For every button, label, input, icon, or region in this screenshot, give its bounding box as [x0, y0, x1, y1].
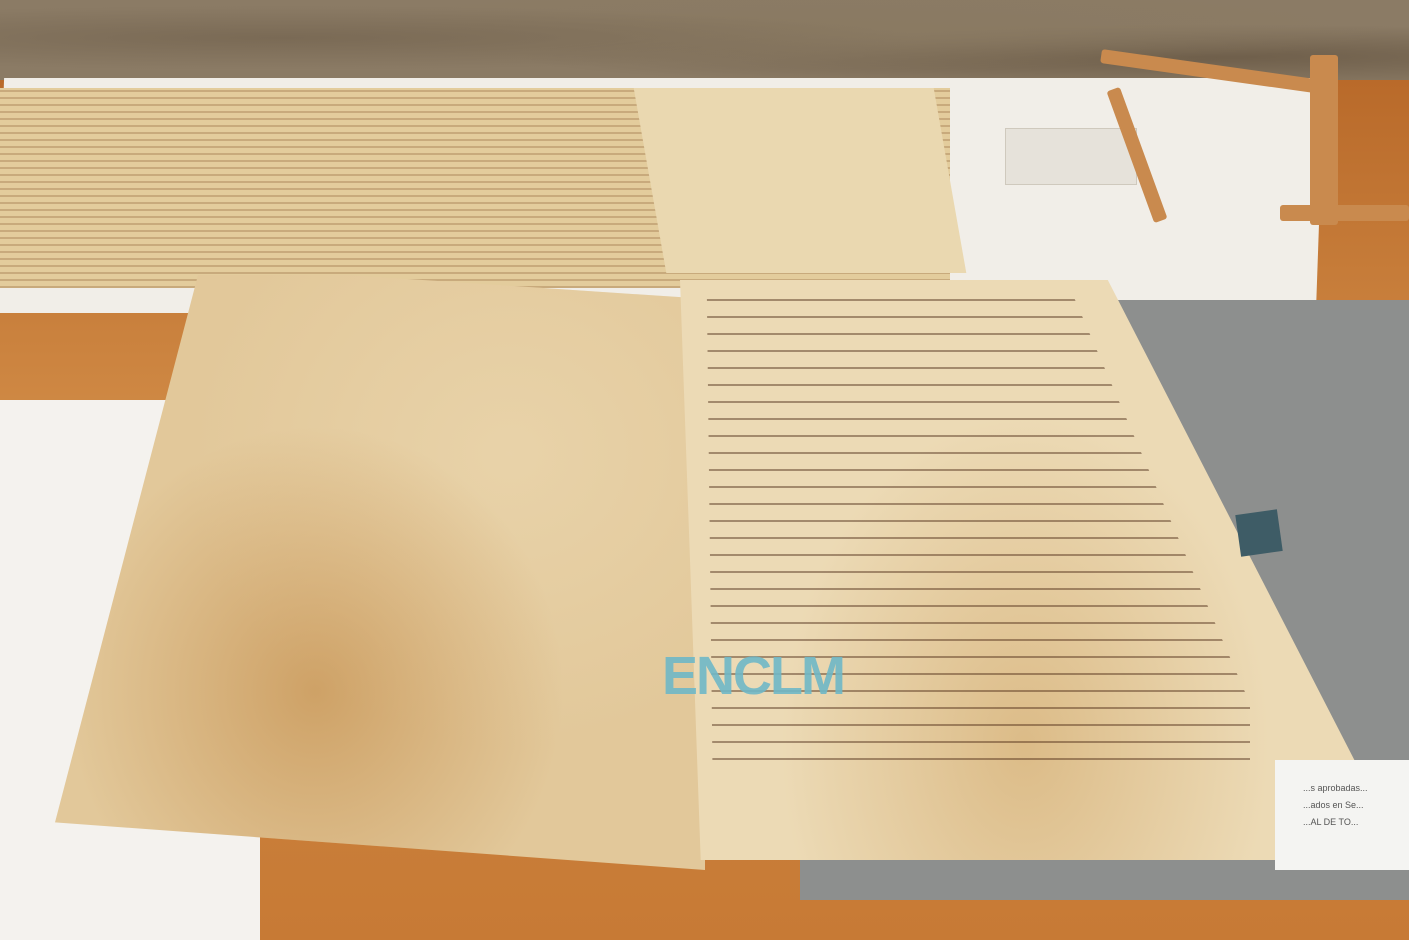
label-line: ...ados en Se...	[1303, 797, 1409, 814]
label-line: ...AL DE TO...	[1303, 814, 1409, 831]
exhibit-label-card: ...s aprobadas... ...ados en Se... ...AL…	[1275, 760, 1409, 870]
watermark-text: ENCLM	[662, 646, 844, 706]
bookmark-ribbon	[1235, 509, 1282, 556]
wooden-easel	[1100, 55, 1409, 235]
watermark-logo: ENCLM	[662, 645, 844, 707]
label-line: ...s aprobadas...	[1303, 780, 1409, 797]
left-page	[55, 275, 705, 870]
